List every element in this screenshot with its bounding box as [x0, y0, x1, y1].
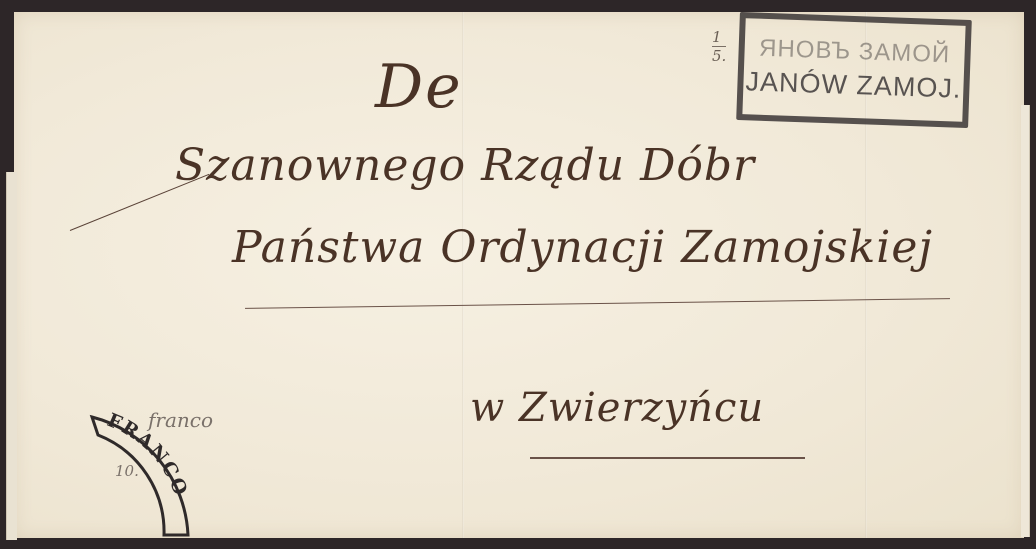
franco-arc-stamp: FRANCO [88, 395, 238, 545]
address-line-2: Państwa Ordynacji Zamojskiej [232, 222, 933, 273]
address-salutation: De [375, 52, 463, 122]
flap-edge-right [1021, 105, 1030, 537]
address-line-3: w Zwierzyńcu [470, 385, 764, 431]
postmark-latin: JANÓW ZAMOJ. [743, 66, 964, 105]
postmark-cyrillic: ЯНОВЪ ЗАМОЙ [744, 34, 965, 70]
town-postmark: ЯНОВЪ ЗАМОЙ JANÓW ZAMOJ. [736, 12, 972, 128]
flap-edge-left [6, 172, 17, 540]
rate-numerator: 1 [712, 28, 726, 46]
destination-underline [530, 457, 805, 459]
address-line-1: Szanownego Rządu Dóbr [175, 140, 755, 191]
rate-denominator: 5. [712, 47, 726, 65]
rate-note: 1 5. [712, 28, 726, 65]
franco-text: FRANCO [104, 409, 192, 500]
svg-text:FRANCO: FRANCO [104, 409, 192, 500]
